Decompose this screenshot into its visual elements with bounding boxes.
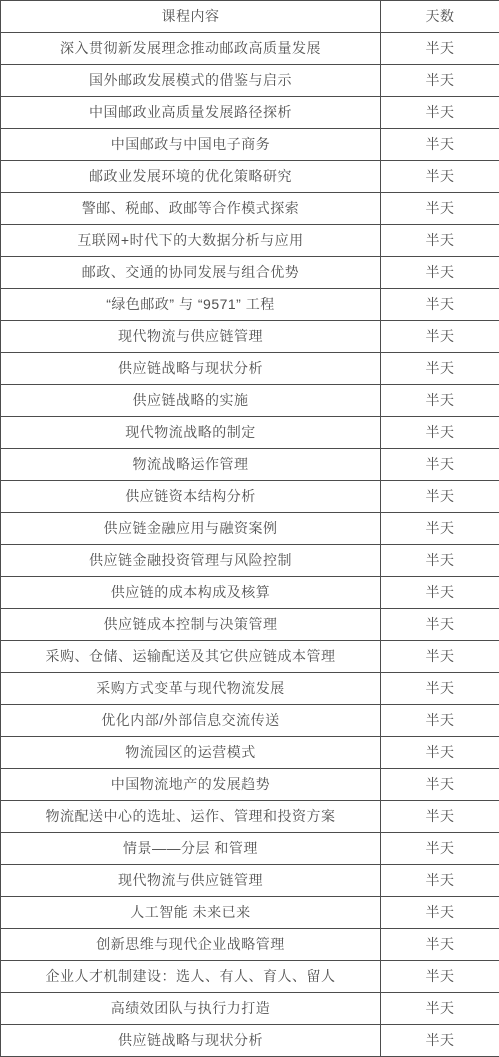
days-cell: 半天 bbox=[381, 577, 499, 609]
table-row: 供应链的成本构成及核算 半天 bbox=[1, 577, 499, 609]
course-name-cell: 优化内部/外部信息交流传送 bbox=[1, 705, 381, 737]
table-row: 警邮、税邮、政邮等合作模式探索 半天 bbox=[1, 193, 499, 225]
course-name-cell: 创新思维与现代企业战略管理 bbox=[1, 929, 381, 961]
table-row: 供应链金融投资管理与风险控制 半天 bbox=[1, 545, 499, 577]
days-cell: 半天 bbox=[381, 1025, 499, 1057]
days-cell: 半天 bbox=[381, 353, 499, 385]
course-name-cell: 供应链金融应用与融资案例 bbox=[1, 513, 381, 545]
table-row: 国外邮政发展模式的借鉴与启示 半天 bbox=[1, 65, 499, 97]
table-row: 现代物流与供应链管理 半天 bbox=[1, 865, 499, 897]
days-cell: 半天 bbox=[381, 481, 499, 513]
course-name-cell: 国外邮政发展模式的借鉴与启示 bbox=[1, 65, 381, 97]
column-header-course-content: 课程内容 bbox=[1, 1, 381, 33]
days-cell: 半天 bbox=[381, 449, 499, 481]
course-name-cell: 中国邮政与中国电子商务 bbox=[1, 129, 381, 161]
course-name-cell: 深入贯彻新发展理念推动邮政高质量发展 bbox=[1, 33, 381, 65]
days-cell: 半天 bbox=[381, 609, 499, 641]
course-name-cell: 企业人才机制建设：选人、有人、育人、留人 bbox=[1, 961, 381, 993]
table-row: 供应链战略与现状分析 半天 bbox=[1, 353, 499, 385]
table-row: 物流园区的运营模式 半天 bbox=[1, 737, 499, 769]
table-row: 邮政、交通的协同发展与组合优势 半天 bbox=[1, 257, 499, 289]
table-body: 深入贯彻新发展理念推动邮政高质量发展 半天 国外邮政发展模式的借鉴与启示 半天 … bbox=[1, 33, 499, 1057]
table-row: 现代物流与供应链管理 半天 bbox=[1, 321, 499, 353]
table-row: 邮政业发展环境的优化策略研究 半天 bbox=[1, 161, 499, 193]
days-cell: 半天 bbox=[381, 865, 499, 897]
days-cell: 半天 bbox=[381, 193, 499, 225]
table-row: 中国物流地产的发展趋势 半天 bbox=[1, 769, 499, 801]
course-name-cell: 供应链资本结构分析 bbox=[1, 481, 381, 513]
days-cell: 半天 bbox=[381, 417, 499, 449]
course-name-cell: 供应链的成本构成及核算 bbox=[1, 577, 381, 609]
days-cell: 半天 bbox=[381, 161, 499, 193]
course-name-cell: 现代物流与供应链管理 bbox=[1, 865, 381, 897]
course-name-cell: 供应链战略的实施 bbox=[1, 385, 381, 417]
table-row: 供应链战略的实施 半天 bbox=[1, 385, 499, 417]
table-row: 深入贯彻新发展理念推动邮政高质量发展 半天 bbox=[1, 33, 499, 65]
table-row: 中国邮政业高质量发展路径探析 半天 bbox=[1, 97, 499, 129]
days-cell: 半天 bbox=[381, 65, 499, 97]
days-cell: 半天 bbox=[381, 769, 499, 801]
course-name-cell: 现代物流与供应链管理 bbox=[1, 321, 381, 353]
days-cell: 半天 bbox=[381, 897, 499, 929]
table-row: 互联网+时代下的大数据分析与应用 半天 bbox=[1, 225, 499, 257]
course-name-cell: 物流战略运作管理 bbox=[1, 449, 381, 481]
table-row: 供应链资本结构分析 半天 bbox=[1, 481, 499, 513]
days-cell: 半天 bbox=[381, 257, 499, 289]
course-name-cell: 物流园区的运营模式 bbox=[1, 737, 381, 769]
course-name-cell: 警邮、税邮、政邮等合作模式探索 bbox=[1, 193, 381, 225]
days-cell: 半天 bbox=[381, 513, 499, 545]
course-name-cell: 人工智能 未来已来 bbox=[1, 897, 381, 929]
table-row: 中国邮政与中国电子商务 半天 bbox=[1, 129, 499, 161]
days-cell: 半天 bbox=[381, 289, 499, 321]
header-row: 课程内容 天数 bbox=[1, 1, 499, 33]
table-row: 情景——分层 和管理 半天 bbox=[1, 833, 499, 865]
days-cell: 半天 bbox=[381, 321, 499, 353]
table-row: 物流配送中心的选址、运作、管理和投资方案 半天 bbox=[1, 801, 499, 833]
table-row: 现代物流战略的制定 半天 bbox=[1, 417, 499, 449]
course-name-cell: 供应链战略与现状分析 bbox=[1, 1025, 381, 1057]
table-row: 采购方式变革与现代物流发展 半天 bbox=[1, 673, 499, 705]
course-name-cell: 供应链金融投资管理与风险控制 bbox=[1, 545, 381, 577]
course-name-cell: 情景——分层 和管理 bbox=[1, 833, 381, 865]
course-name-cell: 高绩效团队与执行力打造 bbox=[1, 993, 381, 1025]
course-name-cell: 互联网+时代下的大数据分析与应用 bbox=[1, 225, 381, 257]
days-cell: 半天 bbox=[381, 33, 499, 65]
table-row: 人工智能 未来已来 半天 bbox=[1, 897, 499, 929]
table-row: 供应链金融应用与融资案例 半天 bbox=[1, 513, 499, 545]
table-row: 优化内部/外部信息交流传送 半天 bbox=[1, 705, 499, 737]
course-name-cell: 采购、仓储、运输配送及其它供应链成本管理 bbox=[1, 641, 381, 673]
course-name-cell: 采购方式变革与现代物流发展 bbox=[1, 673, 381, 705]
days-cell: 半天 bbox=[381, 97, 499, 129]
days-cell: 半天 bbox=[381, 961, 499, 993]
table-row: 创新思维与现代企业战略管理 半天 bbox=[1, 929, 499, 961]
days-cell: 半天 bbox=[381, 129, 499, 161]
course-name-cell: 中国物流地产的发展趋势 bbox=[1, 769, 381, 801]
days-cell: 半天 bbox=[381, 385, 499, 417]
table-row: 企业人才机制建设：选人、有人、育人、留人 半天 bbox=[1, 961, 499, 993]
course-name-cell: 邮政业发展环境的优化策略研究 bbox=[1, 161, 381, 193]
course-name-cell: 邮政、交通的协同发展与组合优势 bbox=[1, 257, 381, 289]
days-cell: 半天 bbox=[381, 705, 499, 737]
days-cell: 半天 bbox=[381, 929, 499, 961]
days-cell: 半天 bbox=[381, 833, 499, 865]
table-row: 高绩效团队与执行力打造 半天 bbox=[1, 993, 499, 1025]
table-row: 采购、仓储、运输配送及其它供应链成本管理 半天 bbox=[1, 641, 499, 673]
table-row: 供应链成本控制与决策管理 半天 bbox=[1, 609, 499, 641]
days-cell: 半天 bbox=[381, 801, 499, 833]
column-header-days: 天数 bbox=[381, 1, 499, 33]
course-name-cell: 供应链成本控制与决策管理 bbox=[1, 609, 381, 641]
table-row: 供应链战略与现状分析 半天 bbox=[1, 1025, 499, 1057]
days-cell: 半天 bbox=[381, 225, 499, 257]
days-cell: 半天 bbox=[381, 673, 499, 705]
table-row: “绿色邮政” 与 “9571” 工程 半天 bbox=[1, 289, 499, 321]
course-name-cell: 供应链战略与现状分析 bbox=[1, 353, 381, 385]
table-row: 物流战略运作管理 半天 bbox=[1, 449, 499, 481]
course-name-cell: “绿色邮政” 与 “9571” 工程 bbox=[1, 289, 381, 321]
course-name-cell: 中国邮政业高质量发展路径探析 bbox=[1, 97, 381, 129]
course-schedule-table: 课程内容 天数 深入贯彻新发展理念推动邮政高质量发展 半天 国外邮政发展模式的借… bbox=[0, 0, 499, 1057]
days-cell: 半天 bbox=[381, 993, 499, 1025]
days-cell: 半天 bbox=[381, 545, 499, 577]
course-name-cell: 物流配送中心的选址、运作、管理和投资方案 bbox=[1, 801, 381, 833]
days-cell: 半天 bbox=[381, 737, 499, 769]
course-name-cell: 现代物流战略的制定 bbox=[1, 417, 381, 449]
days-cell: 半天 bbox=[381, 641, 499, 673]
